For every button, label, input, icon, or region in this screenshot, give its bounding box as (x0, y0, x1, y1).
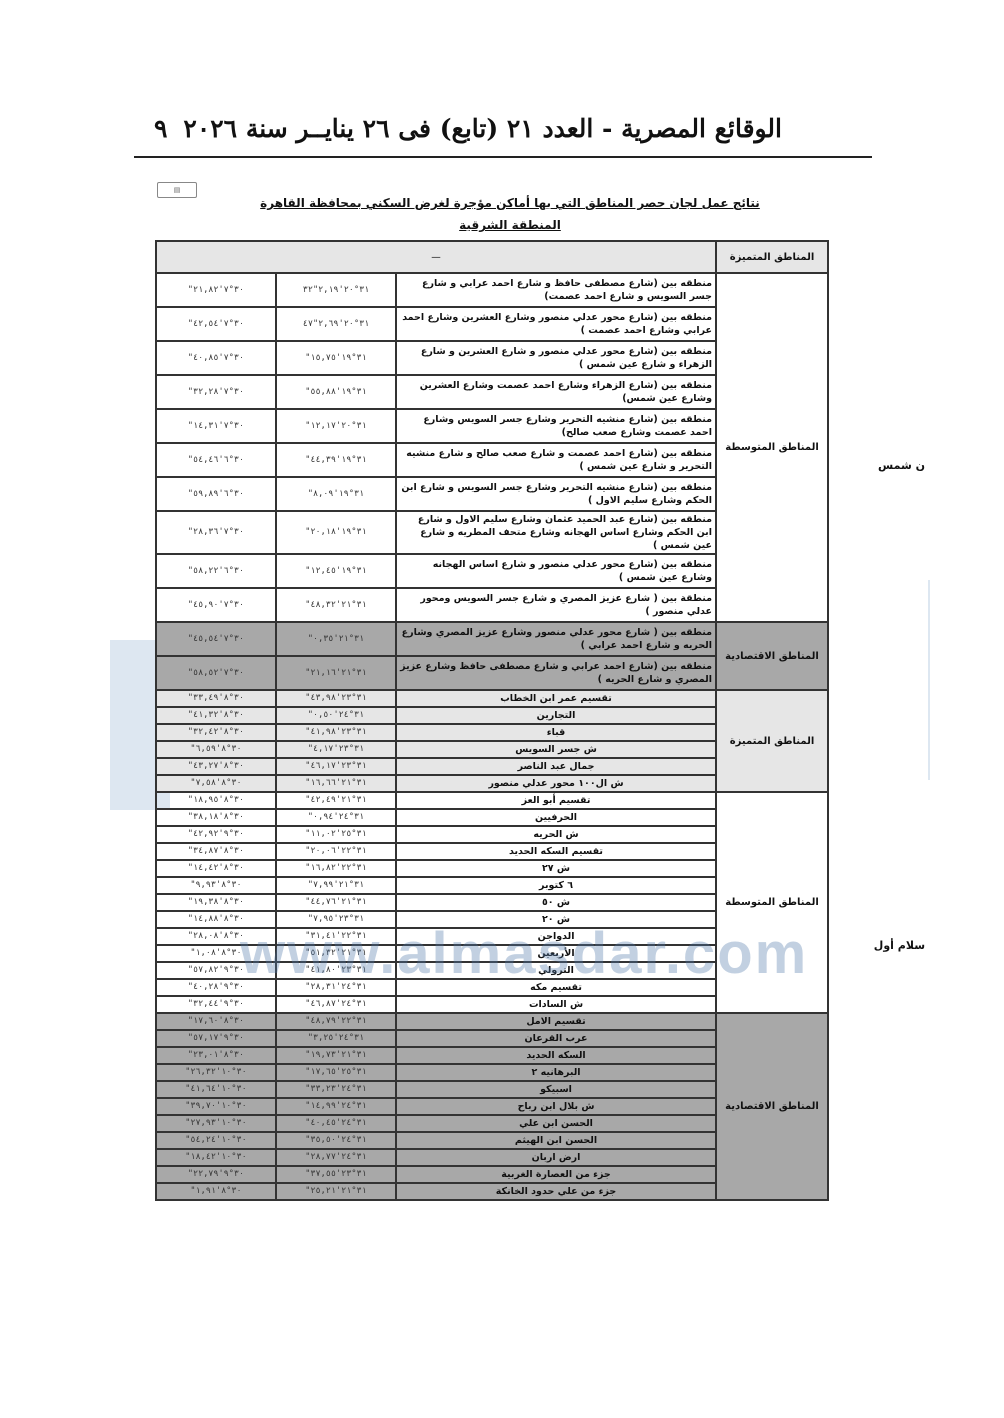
location-description: منطقه بين (شارع محور عدلي منصور و شارع ا… (396, 554, 716, 588)
longitude-coordinate: ٣٠°٧'١٤,٣١" (156, 409, 276, 443)
zone-category: المناطق المتميزة (716, 241, 828, 273)
location-description: منطقه بين (شارع منشيه التحرير وشارع جسر … (396, 409, 716, 443)
latitude-coordinate: ٣١°٢١'١٩,٧٣" (276, 1047, 396, 1064)
latitude-coordinate: ٣١°٢١'٤٢,٤٩" (276, 792, 396, 809)
latitude-coordinate: ٣١°٢٣'٤٣,٩٨" (276, 690, 396, 707)
latitude-coordinate: ٣١°٢٥'١٧,٦٥" (276, 1064, 396, 1081)
longitude-coordinate: ٣٠°٨'١,٩١" (156, 1183, 276, 1200)
longitude-coordinate: ٣٠°٨'٣٢,٤٢" (156, 724, 276, 741)
location-description: منطقه بين (شارع محور عدلي منصور و شارع ا… (396, 341, 716, 375)
zone-category: المناطق المتميزة (716, 690, 828, 792)
longitude-coordinate: ٣٠°٧'٣٢,٢٨" (156, 375, 276, 409)
latitude-coordinate: ٣١°٢٤'٣٣,٢٣" (276, 1081, 396, 1098)
longitude-coordinate: ٣٠°٧'٢٨,٣٦" (156, 511, 276, 554)
longitude-coordinate: ٣٠°١٠'١٨,٤٢" (156, 1149, 276, 1166)
table-row: المناطق المتوسطةتقسيم أبو العز٣١°٢١'٤٢,٤… (156, 792, 928, 809)
longitude-coordinate: ٣٠°٨'١٩,٣٨" (156, 894, 276, 911)
location-description: البرهانيه ٢ (396, 1064, 716, 1081)
latitude-coordinate: ٣١°١٩'٤٤,٣٩" (276, 443, 396, 477)
location-description: تقسيم السكه الحديد (396, 843, 716, 860)
title-line-1: نتائج عمل لجان حصر المناطق التي بها أماك… (260, 192, 760, 214)
longitude-coordinate: ٣٠°٦'٥٩,٨٩" (156, 477, 276, 511)
table-row: سلام أولالمناطق المتميزةتقسيم عمر ابن ال… (156, 690, 928, 707)
latitude-coordinate: ٣١°١٩'١٢,٤٥" (276, 554, 396, 588)
location-description: جمال عبد الناصر (396, 758, 716, 775)
longitude-coordinate: ٣٠°٩'٢٢,٧٩" (156, 1166, 276, 1183)
latitude-coordinate: ٣١°٢٤'٣,٢٥" (276, 1030, 396, 1047)
location-description: ش السادات (396, 996, 716, 1013)
longitude-coordinate: ٣٠°١٠'٥٤,٢٤" (156, 1132, 276, 1149)
document-title: نتائج عمل لجان حصر المناطق التي بها أماك… (260, 192, 760, 236)
latitude-coordinate: ٣١°٢٢'٢٠,٠٦" (276, 843, 396, 860)
longitude-coordinate: ٣٠°٧'٤٥,٩٠" (156, 588, 276, 622)
longitude-coordinate: ٣٠°٧'٤٥,٥٤" (156, 622, 276, 656)
location-description: السكه الحديد (396, 1047, 716, 1064)
area-name: ن شمس (828, 241, 928, 690)
longitude-coordinate: ٣٠°٦'٥٨,٢٢" (156, 554, 276, 588)
longitude-coordinate: ٣٠°٩'٤٢,٩٢" (156, 826, 276, 843)
longitude-coordinate: ٣٠°١٠'٤١,٦٤" (156, 1081, 276, 1098)
latitude-coordinate: ٣١°٢٢'١٦,٨٢" (276, 860, 396, 877)
latitude-coordinate: ٣١°١٩'٢٠,١٨" (276, 511, 396, 554)
longitude-coordinate: ٣٠°٨'٤٣,٢٧" (156, 758, 276, 775)
location-description: التجارين (396, 707, 716, 724)
location-description: تقسيم عمر ابن الخطاب (396, 690, 716, 707)
longitude-coordinate: ٣٠°٩'٥٧,١٧" (156, 1030, 276, 1047)
location-description: ٦ كتوبر (396, 877, 716, 894)
location-description: الحسن ابن علي (396, 1115, 716, 1132)
location-description: قباء (396, 724, 716, 741)
location-description: منطقه بين (شارع منشيه التحرير وشارع جسر … (396, 477, 716, 511)
location-description: الحسن ابن الهيثم (396, 1132, 716, 1149)
longitude-coordinate: ٣٠°٨'٢٣,٠١" (156, 1047, 276, 1064)
latitude-coordinate: ٣١°٢٤'١٤,٩٩" (276, 1098, 396, 1115)
location-description: جزء من علي حدود الخانكة (396, 1183, 716, 1200)
latitude-coordinate: ٣١°٢٤'٤٠,٤٥" (276, 1115, 396, 1132)
location-description: ش الحريه (396, 826, 716, 843)
empty-placeholder: — (156, 241, 716, 273)
location-description: منطقة بين ( شارع عزيز المصري و شارع جسر … (396, 588, 716, 622)
latitude-coordinate: ٣١°١٩'١٥,٧٥" (276, 341, 396, 375)
location-description: الحرفيين (396, 809, 716, 826)
latitude-coordinate: ٣١°٢١'٠,٣٥" (276, 622, 396, 656)
location-description: ش بلال ابن رباح (396, 1098, 716, 1115)
latitude-coordinate: ٣١°٢٤'٠,٥٠" (276, 707, 396, 724)
table-row: ن شمسالمناطق المتميزة— (156, 241, 928, 273)
longitude-coordinate: ٣٠°٧'٢١,٨٢" (156, 273, 276, 307)
latitude-coordinate: ٣١°٢٣'٣٧,٥٥" (276, 1166, 396, 1183)
longitude-coordinate: ٣٠°١٠'٢٧,٩٣" (156, 1115, 276, 1132)
latitude-coordinate: ٣١°٢٠'٢,١٩"٣٢ (276, 273, 396, 307)
table-row: المناطق الاقتصاديةتقسيم الامل٣١°٢٢'٤٨,٧٩… (156, 1013, 928, 1030)
latitude-coordinate: ٣١°٢١'٤٨,٣٢" (276, 588, 396, 622)
latitude-coordinate: ٣١°٢٠'٢,٦٩"٤٧ (276, 307, 396, 341)
location-description: ش ال١٠٠ محور عدلي منصور (396, 775, 716, 792)
table-row: المناطق المتوسطةمنطقه بين (شارع مصطفى حا… (156, 273, 928, 307)
longitude-coordinate: ٣٠°٨'٣٨,١٨" (156, 809, 276, 826)
latitude-coordinate: ٣١°٢١'١٦,٦٦" (276, 775, 396, 792)
longitude-coordinate: ٣٠°٨'١٨,٩٥" (156, 792, 276, 809)
longitude-coordinate: ٣٠°٧'٤٢,٥٤" (156, 307, 276, 341)
location-description: منطقه بين (شارع محور عدلي منصور وشارع ال… (396, 307, 716, 341)
longitude-coordinate: ٣٠°٩'٣٢,٤٤" (156, 996, 276, 1013)
longitude-coordinate: ٣٠°٨'٩,٩٣" (156, 877, 276, 894)
location-description: منطقه بين (شارع مصطفى حافظ و شارع احمد ع… (396, 273, 716, 307)
latitude-coordinate: ٣١°٢١'٢٥,٢١" (276, 1183, 396, 1200)
zones-table-container: ن شمسالمناطق المتميزة—المناطق المتوسطةمن… (155, 240, 855, 1201)
title-line-2: المنطقة الشرقية (260, 214, 760, 236)
latitude-coordinate: ٣١°٢٤'٣٥,٥٠" (276, 1132, 396, 1149)
watermark-text: www.almasdar.com (240, 920, 808, 987)
zone-category: المناطق الاقتصادية (716, 622, 828, 690)
page-header: الوقائع المصرية - العدد ٢١ (تابع) فى ٢٦ … (134, 112, 872, 156)
longitude-coordinate: ٣٠°٨'٣٤,٨٧" (156, 843, 276, 860)
longitude-coordinate: ٣٠°٨'٧,٥٨" (156, 775, 276, 792)
table-row: المناطق الاقتصاديةمنطقه بين ( شارع محور … (156, 622, 928, 656)
location-description: ش ٢٧ (396, 860, 716, 877)
gazette-title: الوقائع المصرية - العدد ٢١ (تابع) فى ٢٦ … (183, 114, 782, 143)
longitude-coordinate: ٣٠°٨'٤١,٣٢" (156, 707, 276, 724)
longitude-coordinate: ٣٠°٧'٥٨,٥٢" (156, 656, 276, 690)
longitude-coordinate: ٣٠°١٠'٢٦,٣٢" (156, 1064, 276, 1081)
location-description: جزء من العصارة الغربية (396, 1166, 716, 1183)
longitude-coordinate: ٣٠°٨'٣٣,٤٩" (156, 690, 276, 707)
location-description: منطقه بين (شارع عبد الحميد عثمان وشارع س… (396, 511, 716, 554)
location-description: ارض اربان (396, 1149, 716, 1166)
zone-category: المناطق الاقتصادية (716, 1013, 828, 1200)
longitude-coordinate: ٣٠°١٠'٣٩,٧٠" (156, 1098, 276, 1115)
latitude-coordinate: ٣١°٢٣'٤١,٩٨" (276, 724, 396, 741)
latitude-coordinate: ٣١°٢٤'٠,٩٤" (276, 809, 396, 826)
longitude-coordinate: ٣٠°٨'١٧,٦٠" (156, 1013, 276, 1030)
longitude-coordinate: ٣٠°٦'٥٤,٤٦" (156, 443, 276, 477)
location-description: تقسيم أبو العز (396, 792, 716, 809)
latitude-coordinate: ٣١°٢١'٢١,١٦" (276, 656, 396, 690)
latitude-coordinate: ٣١°٢٢'٤٨,٧٩" (276, 1013, 396, 1030)
latitude-coordinate: ٣١°٢٣'٤,١٧" (276, 741, 396, 758)
location-description: ش ٥٠ (396, 894, 716, 911)
area-name: سلام أول (828, 690, 928, 1200)
location-description: منطقه بين (شارع الزهراء وشارع احمد عصمت … (396, 375, 716, 409)
latitude-coordinate: ٣١°٢١'٧,٩٩" (276, 877, 396, 894)
latitude-coordinate: ٣١°٢١'٤٤,٧٦" (276, 894, 396, 911)
page-number: ٩ (154, 114, 167, 143)
longitude-coordinate: ٣٠°٨'٦,٥٩" (156, 741, 276, 758)
latitude-coordinate: ٣١°٢٤'٤٦,٨٧" (276, 996, 396, 1013)
latitude-coordinate: ٣١°٢٥'١١,٠٢" (276, 826, 396, 843)
location-description: منطقه بين ( شارع محور عدلي منصور وشارع ع… (396, 622, 716, 656)
latitude-coordinate: ٣١°٢٤'٢٨,٧٧" (276, 1149, 396, 1166)
latitude-coordinate: ٣١°٢٣'٤٦,١٧" (276, 758, 396, 775)
location-description: تقسيم الامل (396, 1013, 716, 1030)
location-description: ش جسر السويس (396, 741, 716, 758)
location-description: عرب القرعان (396, 1030, 716, 1047)
latitude-coordinate: ٣١°٢٠'١٢,١٧" (276, 409, 396, 443)
stamp-icon: ▤ (157, 182, 197, 198)
longitude-coordinate: ٣٠°٧'٤٠,٨٥" (156, 341, 276, 375)
longitude-coordinate: ٣٠°٨'١٤,٤٢" (156, 860, 276, 877)
latitude-coordinate: ٣١°١٩'٥٥,٨٨" (276, 375, 396, 409)
location-description: اسبيكو (396, 1081, 716, 1098)
zone-category: المناطق المتوسطة (716, 273, 828, 622)
zones-table: ن شمسالمناطق المتميزة—المناطق المتوسطةمن… (155, 240, 928, 1201)
latitude-coordinate: ٣١°١٩'٨,٠٩" (276, 477, 396, 511)
location-description: منطقه بين (شارع احمد عرابي و شارع مصطفى … (396, 656, 716, 690)
header-divider (134, 156, 872, 158)
location-description: منطقه بين (شارع احمد عصمت و شارع صعب صال… (396, 443, 716, 477)
